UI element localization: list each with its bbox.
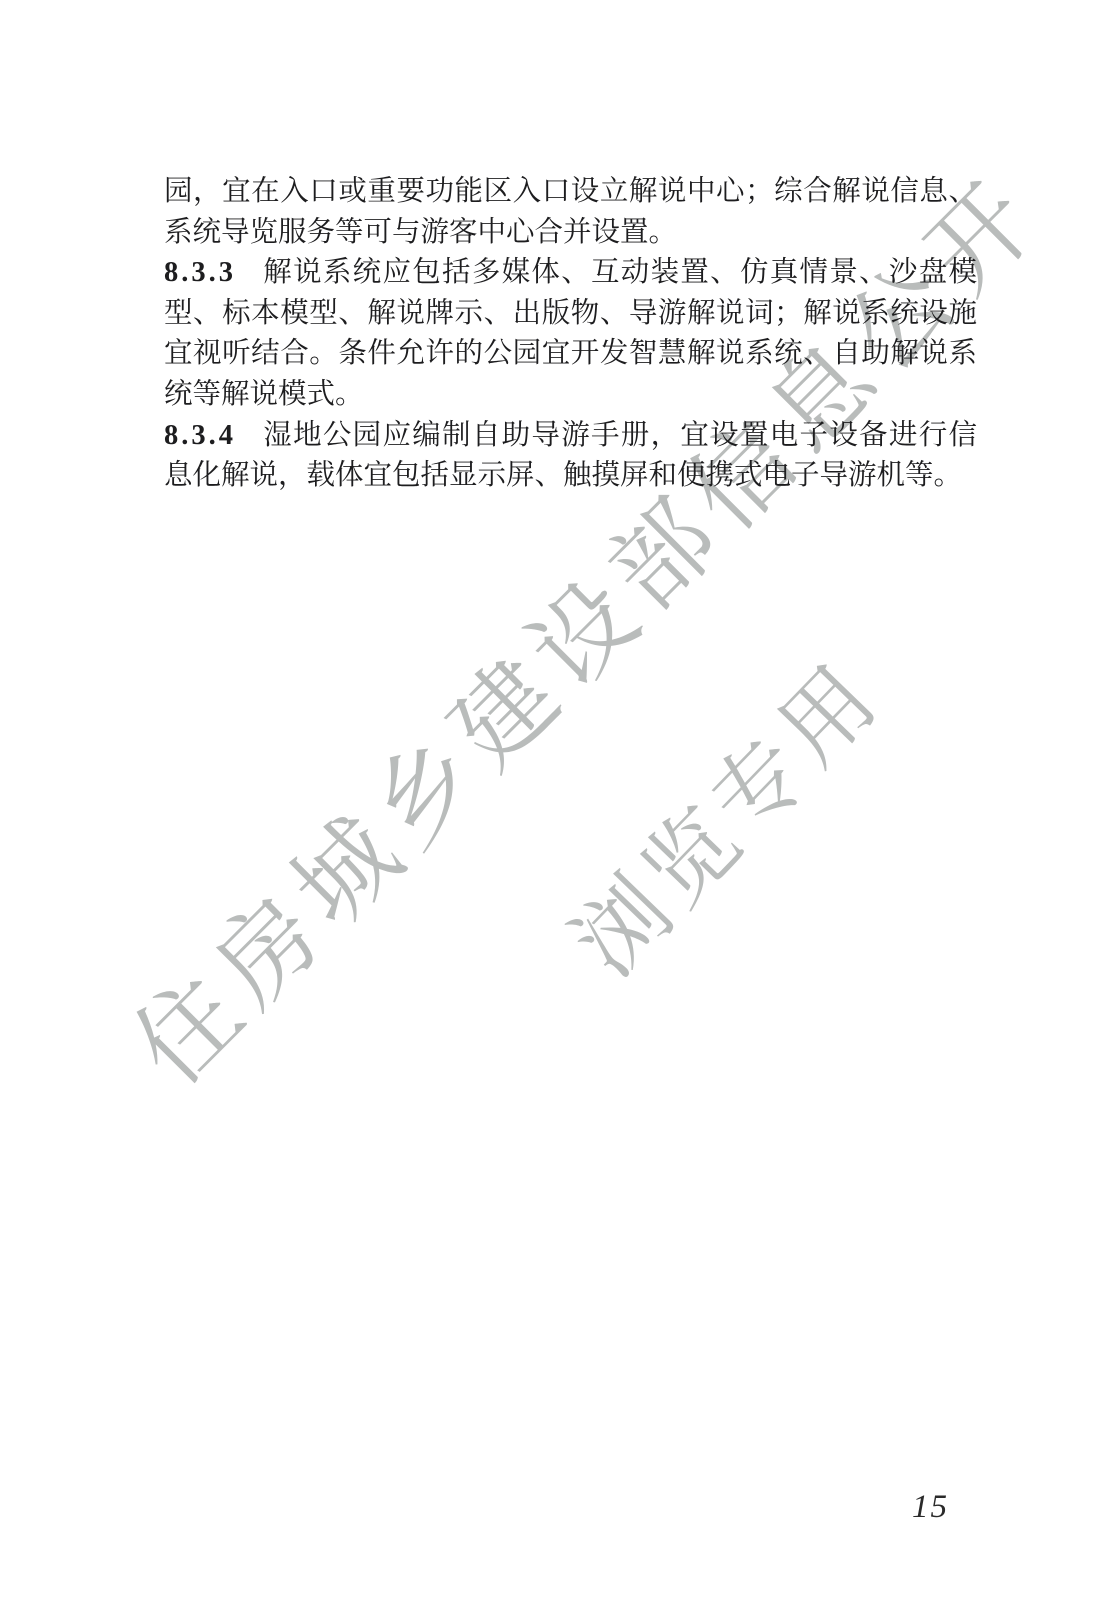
line-text: 息化解说，载体宜包括显示屏、触摸屏和便携式电子导游机等。 (164, 460, 962, 491)
clause-number: 8.3.4 (164, 420, 236, 451)
text-line: 8.3.4湿地公园应编制自助导游手册，宜设置电子设备进行信 (164, 416, 977, 457)
text-line: 宜视听结合。条件允许的公园宜开发智慧解说系统、自助解说系 (164, 334, 977, 375)
text-line: 统等解说模式。 (164, 375, 977, 416)
text-line: 息化解说，载体宜包括显示屏、触摸屏和便携式电子导游机等。 (164, 456, 977, 497)
text-line: 8.3.3解说系统应包括多媒体、互动装置、仿真情景、沙盘模 (164, 253, 977, 294)
text-line: 园，宜在入口或重要功能区入口设立解说中心；综合解说信息、 (164, 172, 977, 213)
page-number: 15 (912, 1489, 949, 1526)
line-text: 宜视听结合。条件允许的公园宜开发智慧解说系统、自助解说系 (164, 338, 977, 369)
line-text: 园，宜在入口或重要功能区入口设立解说中心；综合解说信息、 (164, 176, 977, 207)
watermark-line-2: 浏览专用 (539, 627, 905, 999)
document-page: 住房城乡建设部信息公开 浏览专用 园，宜在入口或重要功能区入口设立解说中心；综合… (0, 0, 1103, 1598)
text-line: 系统导览服务等可与游客中心合并设置。 (164, 213, 977, 254)
line-text: 统等解说模式。 (164, 379, 364, 410)
line-text: 湿地公园应编制自助导游手册，宜设置电子设备进行信 (262, 420, 977, 451)
clause-number: 8.3.3 (164, 257, 236, 288)
body-text: 园，宜在入口或重要功能区入口设立解说中心；综合解说信息、 系统导览服务等可与游客… (164, 172, 977, 497)
text-line: 型、标本模型、解说牌示、出版物、导游解说词；解说系统设施 (164, 294, 977, 335)
line-text: 型、标本模型、解说牌示、出版物、导游解说词；解说系统设施 (164, 298, 977, 329)
line-text: 解说系统应包括多媒体、互动装置、仿真情景、沙盘模 (262, 257, 977, 288)
line-text: 系统导览服务等可与游客中心合并设置。 (164, 217, 677, 248)
